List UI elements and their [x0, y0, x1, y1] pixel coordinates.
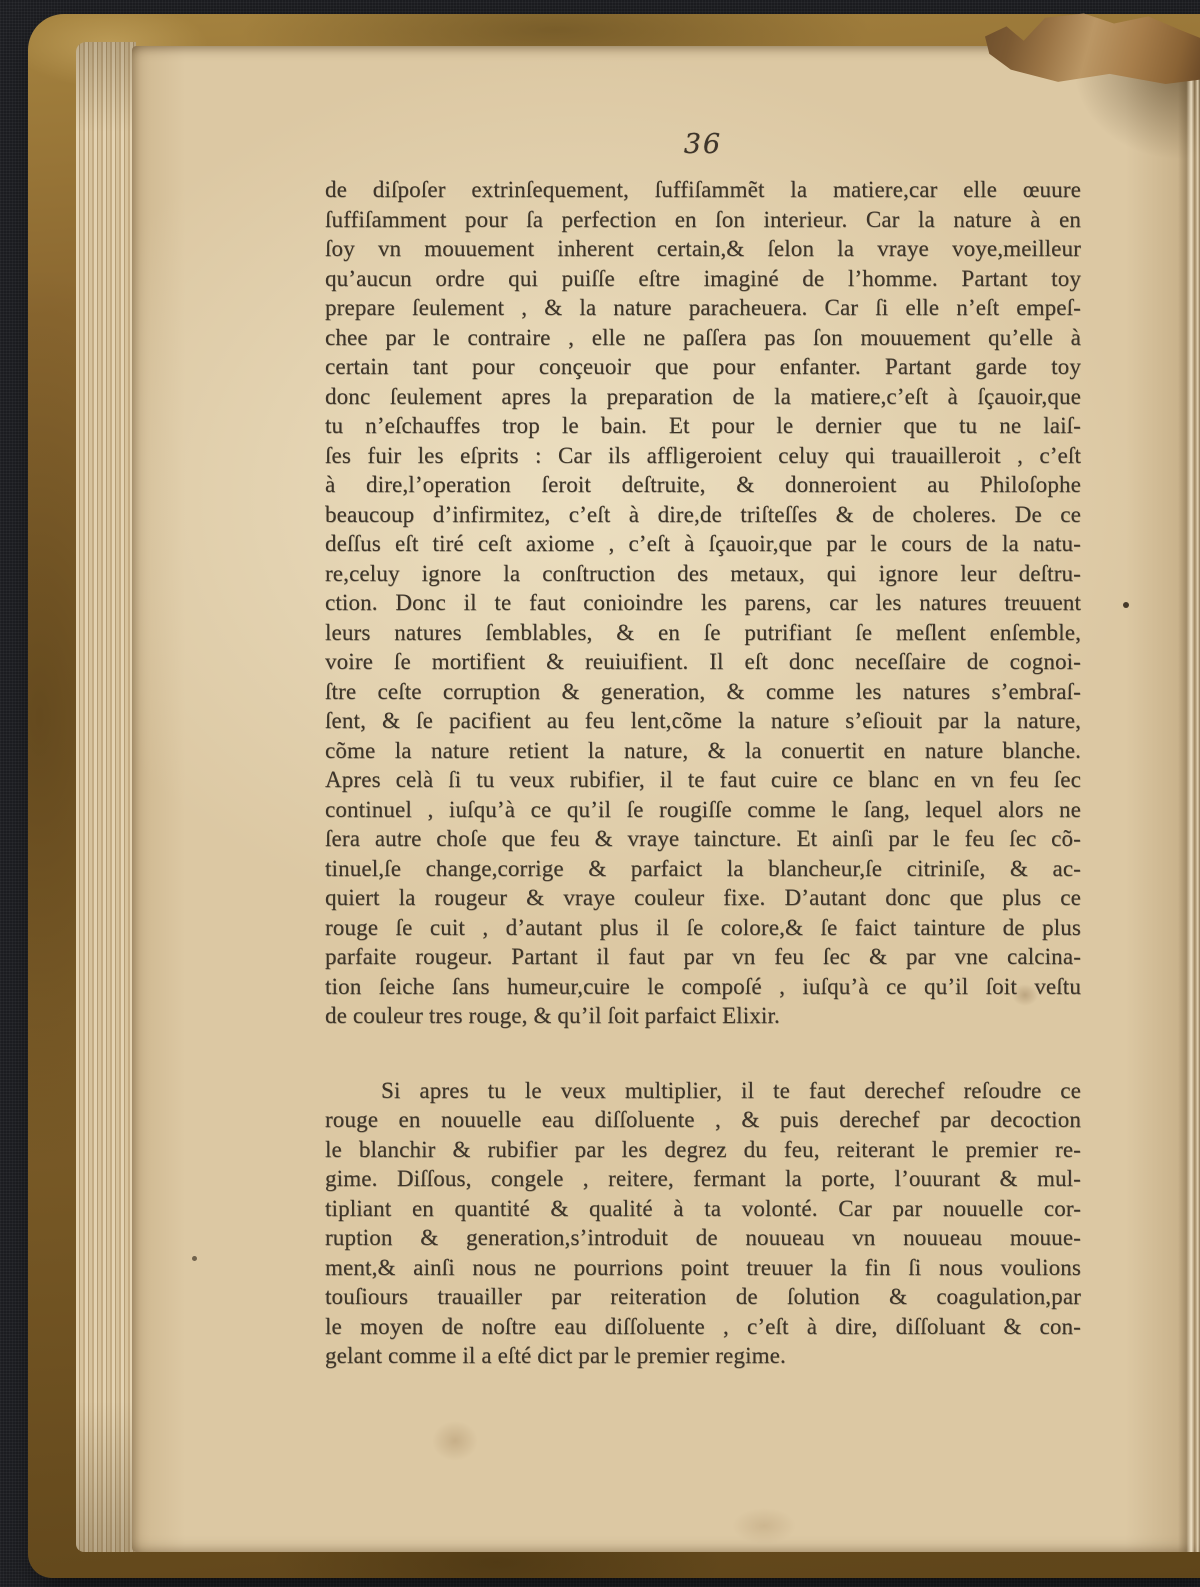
paragraph-gap	[325, 1031, 1081, 1076]
text-line: Si apres tu le veux multiplier, il te fa…	[325, 1076, 1081, 1106]
ink-speck	[192, 1256, 197, 1261]
text-line: ſes fuir les eſprits : Car ils affligero…	[325, 441, 1081, 471]
text-block: de diſpoſer extrinſequement, ſuffiſammẽt…	[325, 175, 1081, 1371]
text-line: ſent, & ſe pacifient au feu lent,cõme la…	[325, 706, 1081, 736]
text-line: le moyen de noſtre eau diſſoluente , c’e…	[325, 1312, 1081, 1342]
page-edge-stack	[76, 42, 136, 1552]
photo-background: 36 de diſpoſer extrinſequement, ſuffiſam…	[0, 0, 1200, 1587]
paragraph-2: Si apres tu le veux multiplier, il te fa…	[325, 1076, 1081, 1371]
text-line: prepare ſeulement , & la nature paracheu…	[325, 293, 1081, 323]
text-line: ction. Donc il te faut conioindre les pa…	[325, 588, 1081, 618]
text-line: ſoy vn mouuement inherent certain,& ſelo…	[325, 234, 1081, 264]
text-line: chee par le contraire , elle ne paſſera …	[325, 323, 1081, 353]
text-line: ruption & generation,s’introduit de nouu…	[325, 1223, 1081, 1253]
text-line: tinuel,ſe change,corrige & parfaict la b…	[325, 854, 1081, 884]
text-line: tu n’eſchauffes trop le bain. Et pour le…	[325, 411, 1081, 441]
text-line: leurs natures ſemblables, & en ſe putrif…	[325, 618, 1081, 648]
text-line: tion ſeiche ſans humeur,cuire le compoſé…	[325, 972, 1081, 1002]
text-line: gime. Diſſous, congele , reitere, ferman…	[325, 1164, 1081, 1194]
text-line: beaucoup d’infirmitez, c’eſt à dire,de t…	[325, 500, 1081, 530]
text-line: rouge en nouuelle eau diſſoluente , & pu…	[325, 1105, 1081, 1135]
text-line: re,celuy ignore la conſtruction des meta…	[325, 559, 1081, 589]
ink-speck	[1123, 602, 1129, 608]
text-line: touſiours trauailler par reiteration de …	[325, 1282, 1081, 1312]
paper-stain	[732, 1508, 796, 1544]
book-page: 36 de diſpoſer extrinſequement, ſuffiſam…	[132, 46, 1200, 1552]
page-number: 36	[325, 130, 1081, 160]
text-line: à dire,l’operation ſeroit deſtruite, & d…	[325, 470, 1081, 500]
text-line: Apres celà ſi tu veux rubifier, il te fa…	[325, 765, 1081, 795]
text-line: ſtre ceſte corruption & generation, & co…	[325, 677, 1081, 707]
text-line: donc ſeulement apres la preparation de l…	[325, 382, 1081, 412]
text-line: de couleur tres rouge, & qu’il ſoit parf…	[325, 1001, 1081, 1031]
text-line: rouge ſe cuit , d’autant plus il ſe colo…	[325, 913, 1081, 943]
text-line: ſuffiſamment pour ſa perfection en ſon i…	[325, 205, 1081, 235]
text-line: cõme la nature retient la nature, & la c…	[325, 736, 1081, 766]
text-line: ſera autre choſe que feu & vraye tainctu…	[325, 824, 1081, 854]
text-line: de diſpoſer extrinſequement, ſuffiſammẽt…	[325, 175, 1081, 205]
page-gutter-fold	[1178, 46, 1200, 1552]
text-line: qu’aucun ordre qui puiſſe eſtre imaginé …	[325, 264, 1081, 294]
paper-stain	[432, 1421, 478, 1461]
paragraph-1: de diſpoſer extrinſequement, ſuffiſammẽt…	[325, 175, 1081, 1031]
text-line: deſſus eſt tiré ceſt axiome , c’eſt à ſç…	[325, 529, 1081, 559]
text-line: tipliant en quantité & qualité à ta volo…	[325, 1194, 1081, 1224]
text-line: quiert la rougeur & vraye couleur fixe. …	[325, 883, 1081, 913]
text-line: le blanchir & rubifier par les degrez du…	[325, 1135, 1081, 1165]
text-line: ment,& ainſi nous ne pourrions point tre…	[325, 1253, 1081, 1283]
text-line: continuel , iuſqu’à ce qu’il ſe rougiſſe…	[325, 795, 1081, 825]
text-line: certain tant pour conçeuoir que pour enf…	[325, 352, 1081, 382]
text-line: parfaite rougeur. Partant il faut par vn…	[325, 942, 1081, 972]
text-line: voire ſe mortifient & reuiuifient. Il eſ…	[325, 647, 1081, 677]
text-line: gelant comme il a eſté dict par le premi…	[325, 1341, 1081, 1371]
